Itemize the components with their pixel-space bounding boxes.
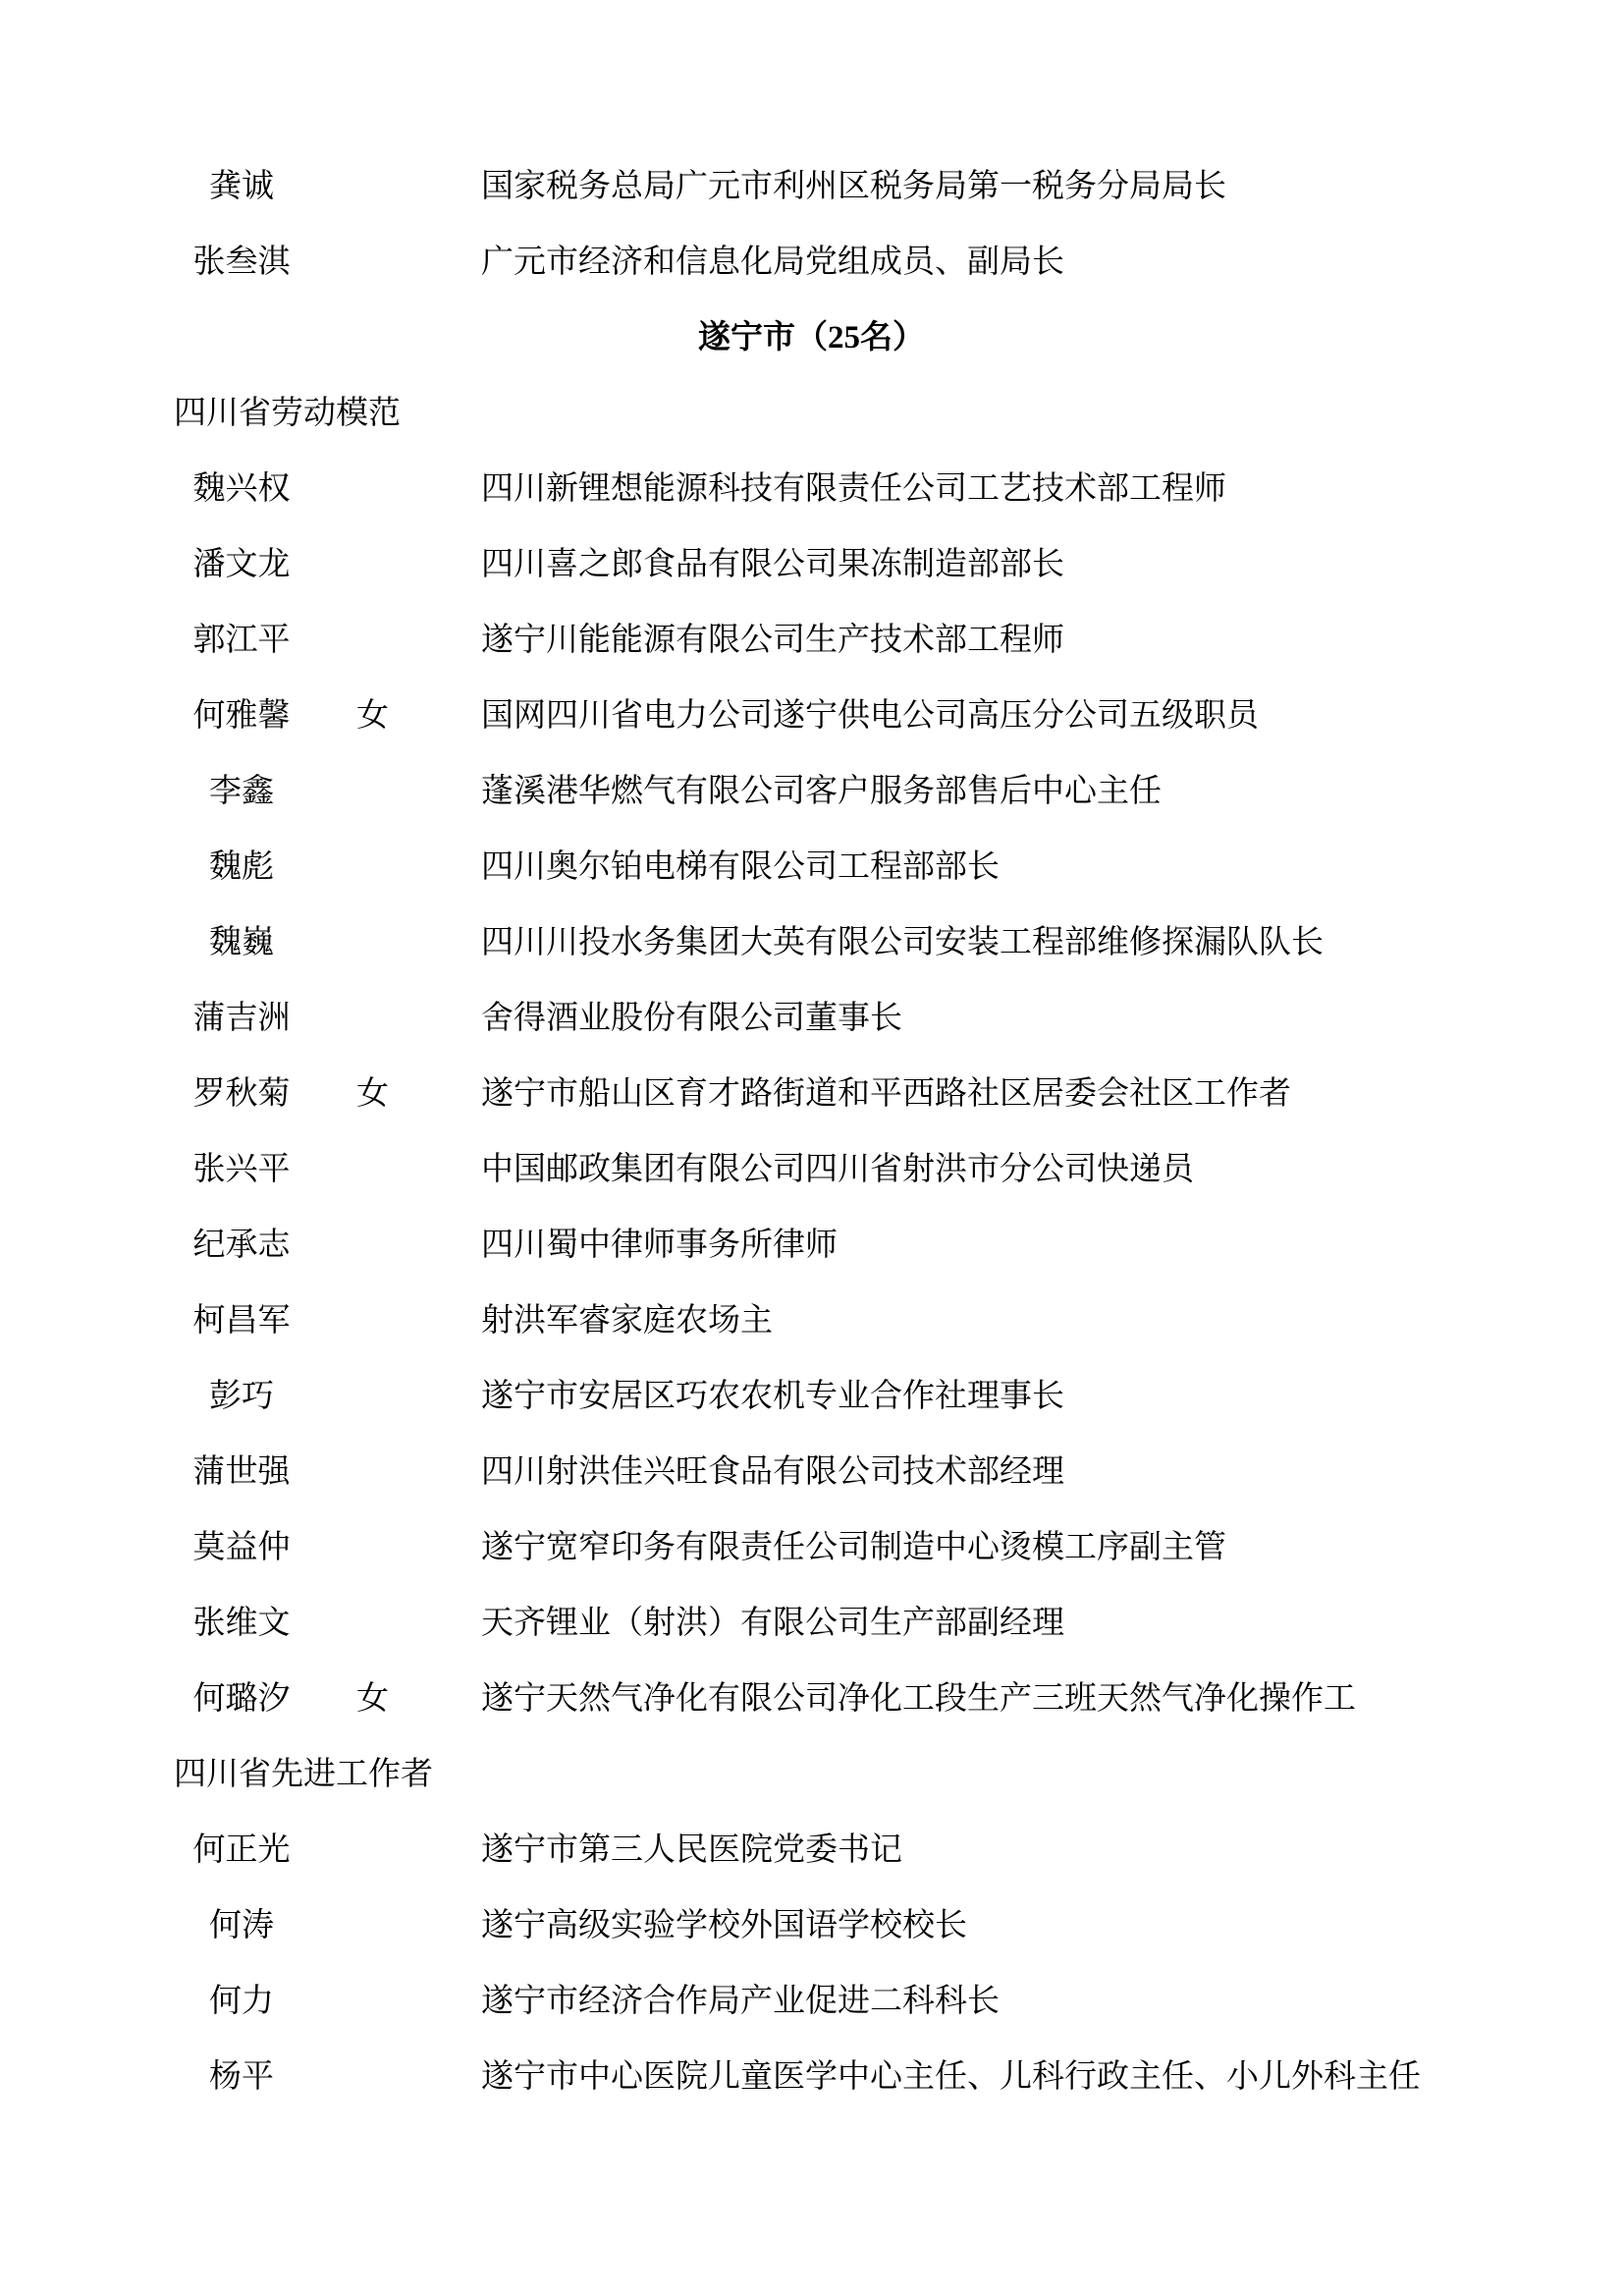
awardee-title: 遂宁川能能源有限公司生产技术部工程师 [481,603,1603,679]
section-heading: 四川省劳动模范 [174,376,401,452]
awardee-title: 四川新锂想能源科技有限责任公司工艺技术部工程师 [481,452,1603,527]
awardee-row: 莫益仲遂宁宽窄印务有限责任公司制造中心烫模工序副主管 [0,1510,1623,1586]
awardee-row: 魏兴权四川新锂想能源科技有限责任公司工艺技术部工程师 [0,452,1623,527]
awardee-row: 龚诚国家税务总局广元市利州区税务局第一税务分局局长 [0,149,1623,225]
awardee-row: 张维文天齐锂业（射洪）有限公司生产部副经理 [0,1586,1623,1662]
awardee-name: 蒲吉洲 [191,981,292,1057]
awardee-name: 魏兴权 [191,452,292,527]
awardee-row: 蒲世强四川射洪佳兴旺食品有限公司技术部经理 [0,1435,1623,1510]
awardee-name: 杨平 [191,2040,292,2115]
awardee-row: 魏巍四川川投水务集团大英有限公司安装工程部维修探漏队队长 [0,905,1623,981]
awardee-row: 柯昌军射洪军睿家庭农场主 [0,1284,1623,1359]
awardee-name: 何正光 [191,1813,292,1888]
awardee-name: 柯昌军 [191,1284,292,1359]
awardee-name: 张兴平 [191,1132,292,1208]
section-heading: 四川省先进工作者 [174,1737,433,1813]
awardee-row: 魏彪四川奥尔铂电梯有限公司工程部部长 [0,830,1623,905]
awardee-row: 何涛遂宁高级实验学校外国语学校校长 [0,1888,1623,1964]
awardee-name: 魏巍 [191,905,292,981]
awardee-title: 遂宁市船山区育才路街道和平西路社区居委会社区工作者 [481,1057,1603,1132]
awardee-name: 何雅馨 [191,679,292,754]
section-heading-row: 四川省劳动模范 [0,376,1623,452]
awardee-row: 何璐汐女遂宁天然气净化有限公司净化工段生产三班天然气净化操作工 [0,1662,1623,1737]
awardee-name: 李鑫 [191,754,292,830]
awardee-row: 蒲吉洲舍得酒业股份有限公司董事长 [0,981,1623,1057]
awardee-row: 罗秋菊女遂宁市船山区育才路街道和平西路社区居委会社区工作者 [0,1057,1623,1132]
awardee-name: 张叁淇 [191,225,292,301]
awardee-title: 国网四川省电力公司遂宁供电公司高压分公司五级职员 [481,679,1603,754]
awardee-name: 龚诚 [191,149,292,225]
awardee-title: 遂宁市中心医院儿童医学中心主任、儿科行政主任、小儿外科主任 [481,2040,1603,2115]
awardee-row: 张兴平中国邮政集团有限公司四川省射洪市分公司快递员 [0,1132,1623,1208]
city-heading: 遂宁市（25名） [0,301,1623,376]
awardee-title: 四川射洪佳兴旺食品有限公司技术部经理 [481,1435,1603,1510]
awardee-row: 杨平遂宁市中心医院儿童医学中心主任、儿科行政主任、小儿外科主任 [0,2040,1623,2115]
awardee-row: 彭巧遂宁市安居区巧农农机专业合作社理事长 [0,1359,1623,1435]
awardee-row: 李鑫蓬溪港华燃气有限公司客户服务部售后中心主任 [0,754,1623,830]
awardee-title: 四川川投水务集团大英有限公司安装工程部维修探漏队队长 [481,905,1603,981]
awardee-row: 郭江平遂宁川能能源有限公司生产技术部工程师 [0,603,1623,679]
awardee-title: 遂宁市经济合作局产业促进二科科长 [481,1964,1603,2040]
awardee-title: 遂宁市第三人民医院党委书记 [481,1813,1603,1888]
city-heading-row: 遂宁市（25名） [0,301,1623,376]
awardee-name: 罗秋菊 [191,1057,292,1132]
awardee-row: 何力遂宁市经济合作局产业促进二科科长 [0,1964,1623,2040]
awardee-name: 郭江平 [191,603,292,679]
awardee-name: 何涛 [191,1888,292,1964]
awardee-title: 国家税务总局广元市利州区税务局第一税务分局局长 [481,149,1603,225]
awardee-name: 莫益仲 [191,1510,292,1586]
awardee-title: 舍得酒业股份有限公司董事长 [481,981,1603,1057]
awardee-title: 中国邮政集团有限公司四川省射洪市分公司快递员 [481,1132,1603,1208]
awardee-title: 四川喜之郎食品有限公司果冻制造部部长 [481,527,1603,603]
awardee-gender: 女 [356,1057,389,1132]
name-list: 龚诚国家税务总局广元市利州区税务局第一税务分局局长张叁淇广元市经济和信息化局党组… [0,149,1623,2115]
awardee-title: 射洪军睿家庭农场主 [481,1284,1603,1359]
awardee-row: 何正光遂宁市第三人民医院党委书记 [0,1813,1623,1888]
awardee-name: 张维文 [191,1586,292,1662]
awardee-name: 彭巧 [191,1359,292,1435]
awardee-row: 纪承志四川蜀中律师事务所律师 [0,1208,1623,1284]
awardee-title: 天齐锂业（射洪）有限公司生产部副经理 [481,1586,1603,1662]
section-heading-row: 四川省先进工作者 [0,1737,1623,1813]
awardee-gender: 女 [356,679,389,754]
awardee-name: 蒲世强 [191,1435,292,1510]
awardee-row: 何雅馨女国网四川省电力公司遂宁供电公司高压分公司五级职员 [0,679,1623,754]
awardee-title: 遂宁宽窄印务有限责任公司制造中心烫模工序副主管 [481,1510,1603,1586]
document-page: 龚诚国家税务总局广元市利州区税务局第一税务分局局长张叁淇广元市经济和信息化局党组… [0,0,1623,2296]
awardee-name: 纪承志 [191,1208,292,1284]
awardee-title: 蓬溪港华燃气有限公司客户服务部售后中心主任 [481,754,1603,830]
awardee-name: 何璐汐 [191,1662,292,1737]
awardee-title: 遂宁市安居区巧农农机专业合作社理事长 [481,1359,1603,1435]
awardee-row: 张叁淇广元市经济和信息化局党组成员、副局长 [0,225,1623,301]
awardee-row: 潘文龙四川喜之郎食品有限公司果冻制造部部长 [0,527,1623,603]
awardee-title: 广元市经济和信息化局党组成员、副局长 [481,225,1603,301]
awardee-gender: 女 [356,1662,389,1737]
awardee-title: 遂宁天然气净化有限公司净化工段生产三班天然气净化操作工 [481,1662,1603,1737]
awardee-name: 潘文龙 [191,527,292,603]
awardee-name: 魏彪 [191,830,292,905]
awardee-title: 四川蜀中律师事务所律师 [481,1208,1603,1284]
awardee-title: 四川奥尔铂电梯有限公司工程部部长 [481,830,1603,905]
awardee-name: 何力 [191,1964,292,2040]
awardee-title: 遂宁高级实验学校外国语学校校长 [481,1888,1603,1964]
